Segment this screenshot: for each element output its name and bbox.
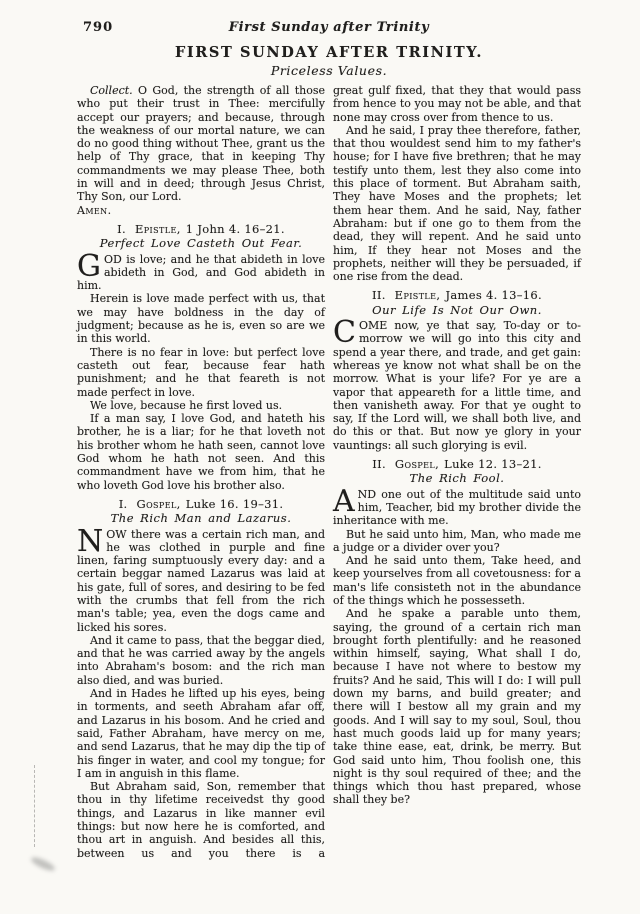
paragraph-text: ND one out of the multitude said unto hi… — [333, 488, 581, 528]
paragraph: If a man say, I love God, and hateth his… — [77, 412, 325, 492]
running-header: First Sunday after Trinity — [77, 20, 581, 35]
paragraph: And he spake a parable unto them, saying… — [333, 607, 581, 806]
paragraph-text: OD is love; and he that abideth in love … — [77, 253, 325, 293]
section-word: Epistle, — [395, 288, 441, 302]
collect-amen: Amen. — [77, 204, 325, 217]
dropcap-G: G — [77, 253, 104, 279]
section-ref: Luke 16. 19–31. — [186, 497, 284, 511]
paragraph: NOW there was a certain rich man, and he… — [77, 528, 325, 634]
section-word: Gospel, — [395, 457, 439, 471]
page-title: FIRST SUNDAY AFTER TRINITY. — [77, 44, 581, 61]
section-subtitle-gospel-2: The Rich Fool. — [333, 472, 581, 485]
left-column: Collect. O God, the strength of all thos… — [77, 84, 325, 860]
section-numeral: II. — [372, 288, 386, 302]
paragraph: And in Hades he lifted up his eyes, bein… — [77, 687, 325, 780]
dropcap-A: A — [333, 488, 358, 514]
paragraph: And he said unto them, Take heed, and ke… — [333, 554, 581, 607]
right-column: great gulf fixed, that they that would p… — [333, 84, 581, 860]
section-heading-epistle-2: II.Epistle,James 4. 13–16. — [333, 289, 581, 302]
section-word: Gospel, — [137, 497, 181, 511]
paragraph-text: OW there was a certain rich man, and he … — [77, 528, 325, 634]
section-subtitle-epistle-2: Our Life Is Not Our Own. — [333, 304, 581, 317]
section-numeral: I. — [117, 222, 126, 236]
section-word: Epistle, — [135, 222, 181, 236]
section-ref: James 4. 13–16. — [445, 288, 542, 302]
section-subtitle-gospel-1: The Rich Man and Lazarus. — [77, 512, 325, 525]
collect-paragraph: Collect. O God, the strength of all thos… — [77, 84, 325, 204]
collect-label: Collect. — [90, 84, 133, 97]
book-page: 790 First Sunday after Trinity FIRST SUN… — [0, 0, 640, 914]
scan-artifact-dashes — [34, 765, 35, 847]
dropcap-C: C — [333, 319, 359, 345]
paragraph-continues-next-column: But Abraham said, Son, remember that tho… — [77, 780, 325, 860]
section-heading-gospel-2: II.Gospel,Luke 12. 13–21. — [333, 458, 581, 471]
paragraph: Herein is love made perfect with us, tha… — [77, 292, 325, 345]
paragraph: We love, because he first loved us. — [77, 399, 325, 412]
collect-text: O God, the strength of all those who put… — [77, 84, 325, 203]
continuation-paragraph: great gulf fixed, that they that would p… — [333, 84, 581, 124]
paragraph-text: OME now, ye that say, To-day or to-morro… — [333, 319, 581, 452]
section-ref: 1 John 4. 16–21. — [186, 222, 285, 236]
paragraph: But he said unto him, Man, who made me a… — [333, 528, 581, 555]
section-heading-epistle-1: I.Epistle,1 John 4. 16–21. — [77, 223, 325, 236]
paragraph: And he said, I pray thee therefore, fath… — [333, 124, 581, 284]
section-numeral: I. — [119, 497, 128, 511]
page-number: 790 — [83, 20, 113, 35]
running-header-row: 790 First Sunday after Trinity — [77, 20, 581, 38]
page-subtitle: Priceless Values. — [77, 63, 581, 78]
section-subtitle-epistle-1: Perfect Love Casteth Out Fear. — [77, 237, 325, 250]
dropcap-N: N — [77, 528, 106, 554]
paragraph: There is no fear in love: but perfect lo… — [77, 346, 325, 399]
section-ref: Luke 12. 13–21. — [444, 457, 542, 471]
section-numeral: II. — [372, 457, 386, 471]
paragraph: And it came to pass, that the beggar die… — [77, 634, 325, 687]
two-column-text: Collect. O God, the strength of all thos… — [77, 84, 581, 860]
section-heading-gospel-1: I.Gospel,Luke 16. 19–31. — [77, 498, 325, 511]
paragraph: GOD is love; and he that abideth in love… — [77, 253, 325, 293]
paragraph: AND one out of the multitude said unto h… — [333, 488, 581, 528]
paragraph: COME now, ye that say, To-day or to-morr… — [333, 319, 581, 452]
scan-artifact-smudge — [30, 855, 57, 873]
